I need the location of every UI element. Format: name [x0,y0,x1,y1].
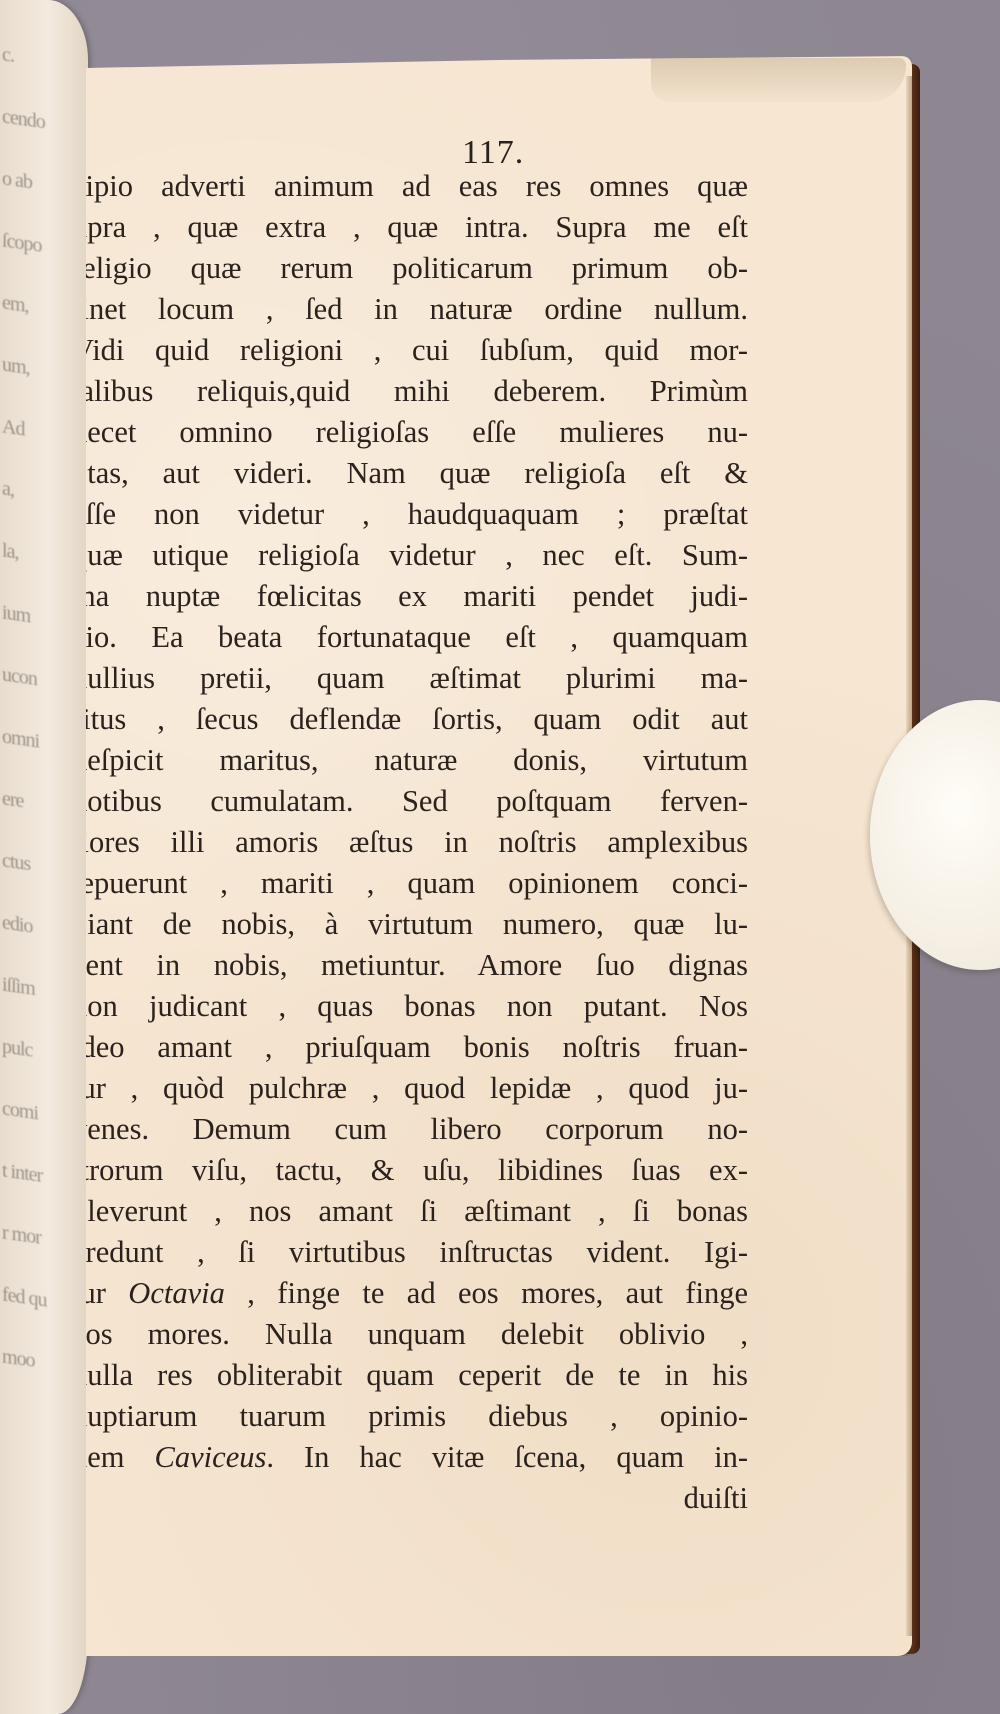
facing-page-text: c. [2,34,82,86]
text-line: ritus , ſecus deflendæ ſortis, quam odit… [72,699,748,740]
text-line: tiores illi amoris æſtus in noſtris ampl… [72,822,748,863]
text-line: dotibus cumulatam. Sed poſtquam ferven- [72,781,748,822]
facing-page-text: la, [2,530,82,582]
text-line: tinet locum , ſed in naturæ ordine nullu… [72,289,748,330]
facing-page-text: comi [2,1088,82,1140]
facing-page-text: fed qu [2,1274,82,1326]
text-line: cent in nobis, metiuntur. Amore ſuo dign… [72,945,748,986]
facing-page-text: t inter [2,1150,82,1202]
facing-page-text: ium [2,592,82,644]
facing-page-text: um, [2,344,82,396]
text-line: religio quæ rerum politicarum primum ob- [72,248,748,289]
text-line: ideo amant , priuſquam bonis noſtris fru… [72,1027,748,1068]
text-line: upra , quæ extra , quæ intra. Supra me e… [72,207,748,248]
water-stain [651,58,906,102]
facing-page-text: pulc [2,1026,82,1078]
text-line-with-italic-name: tur Octavia , finge te ad eos mores, aut… [72,1273,748,1314]
facing-page-text: cendo [2,96,82,148]
text-line: Vidi quid religioni , cui ſubſum, quid m… [72,330,748,371]
facing-page-text: Ad [2,406,82,458]
text-line: non judicant , quas bonas non putant. No… [72,986,748,1027]
facing-page-text: ctus [2,840,82,892]
text-line: piant de nobis, à virtutum numero, quæ l… [72,904,748,945]
text-line: decet omnino religioſas eſſe mulieres nu… [72,412,748,453]
text-line: ma nuptæ fœlicitas ex mariti pendet judi… [72,576,748,617]
facing-page-text: ere [2,778,82,830]
body-text: cipio adverti animum ad eas res omnes qu… [72,166,748,1519]
text-line: ſtrorum viſu, tactu, & uſu, libidines ſu… [72,1150,748,1191]
text-line: eſſe non videtur , haudquaquam ; præſtat [72,494,748,535]
facing-page-text: moo [2,1336,82,1388]
text-line: quæ utique religioſa videtur , nec eſt. … [72,535,748,576]
text-line: pleverunt , nos amant ſi æſtimant , ſi b… [72,1191,748,1232]
italic-name-caviceus: Caviceus [155,1440,267,1474]
text-line: ptas, aut videri. Nam quæ religioſa eſt … [72,453,748,494]
text-fragment: , finge te ad eos mores, aut finge [225,1276,748,1310]
text-line: talibus reliquis,quid mihi deberem. Prim… [72,371,748,412]
text-line: tur , quòd pulchræ , quod lepidæ , quod … [72,1068,748,1109]
facing-page-text: r mor [2,1212,82,1264]
facing-page-text: em, [2,282,82,334]
facing-page-text: ſcopo [2,220,82,272]
text-line: nuptiarum tuarum primis diebus , opinio- [72,1396,748,1437]
facing-page-text: ucon [2,654,82,706]
left-page-edge: c.cendoo abſcopoem,um,Ada,la,iumuconomni… [0,0,88,1714]
text-line: tepuerunt , mariti , quam opinionem conc… [72,863,748,904]
text-line-with-italic-name: nem Caviceus. In hac vitæ ſcena, quam in… [72,1437,748,1478]
facing-page-text: omni [2,716,82,768]
facing-page-text: a, [2,468,82,520]
catchword: duiſti [72,1478,748,1519]
text-line: deſpicit maritus, naturæ donis, virtutum [72,740,748,781]
text-line: nullius pretii, quam æſtimat plurimi ma- [72,658,748,699]
text-line: venes. Demum cum libero corporum no- [72,1109,748,1150]
text-fragment: . In hac vitæ ſcena, quam in- [266,1440,748,1474]
book-page: 117. cipio adverti animum ad eas res omn… [86,56,912,1656]
facing-page-text: iſſim [2,964,82,1016]
text-line: cio. Ea beata fortunataque eſt , quamqua… [72,617,748,658]
text-line: nulla res obliterabit quam ceperit de te… [72,1355,748,1396]
text-line: cipio adverti animum ad eas res omnes qu… [72,166,748,207]
text-line: credunt , ſi virtutibus inſtructas viden… [72,1232,748,1273]
italic-name-octavia: Octavia [128,1276,225,1310]
facing-page-text: edio [2,902,82,954]
text-line: eos mores. Nulla unquam delebit oblivio … [72,1314,748,1355]
facing-page-text: o ab [2,158,82,210]
